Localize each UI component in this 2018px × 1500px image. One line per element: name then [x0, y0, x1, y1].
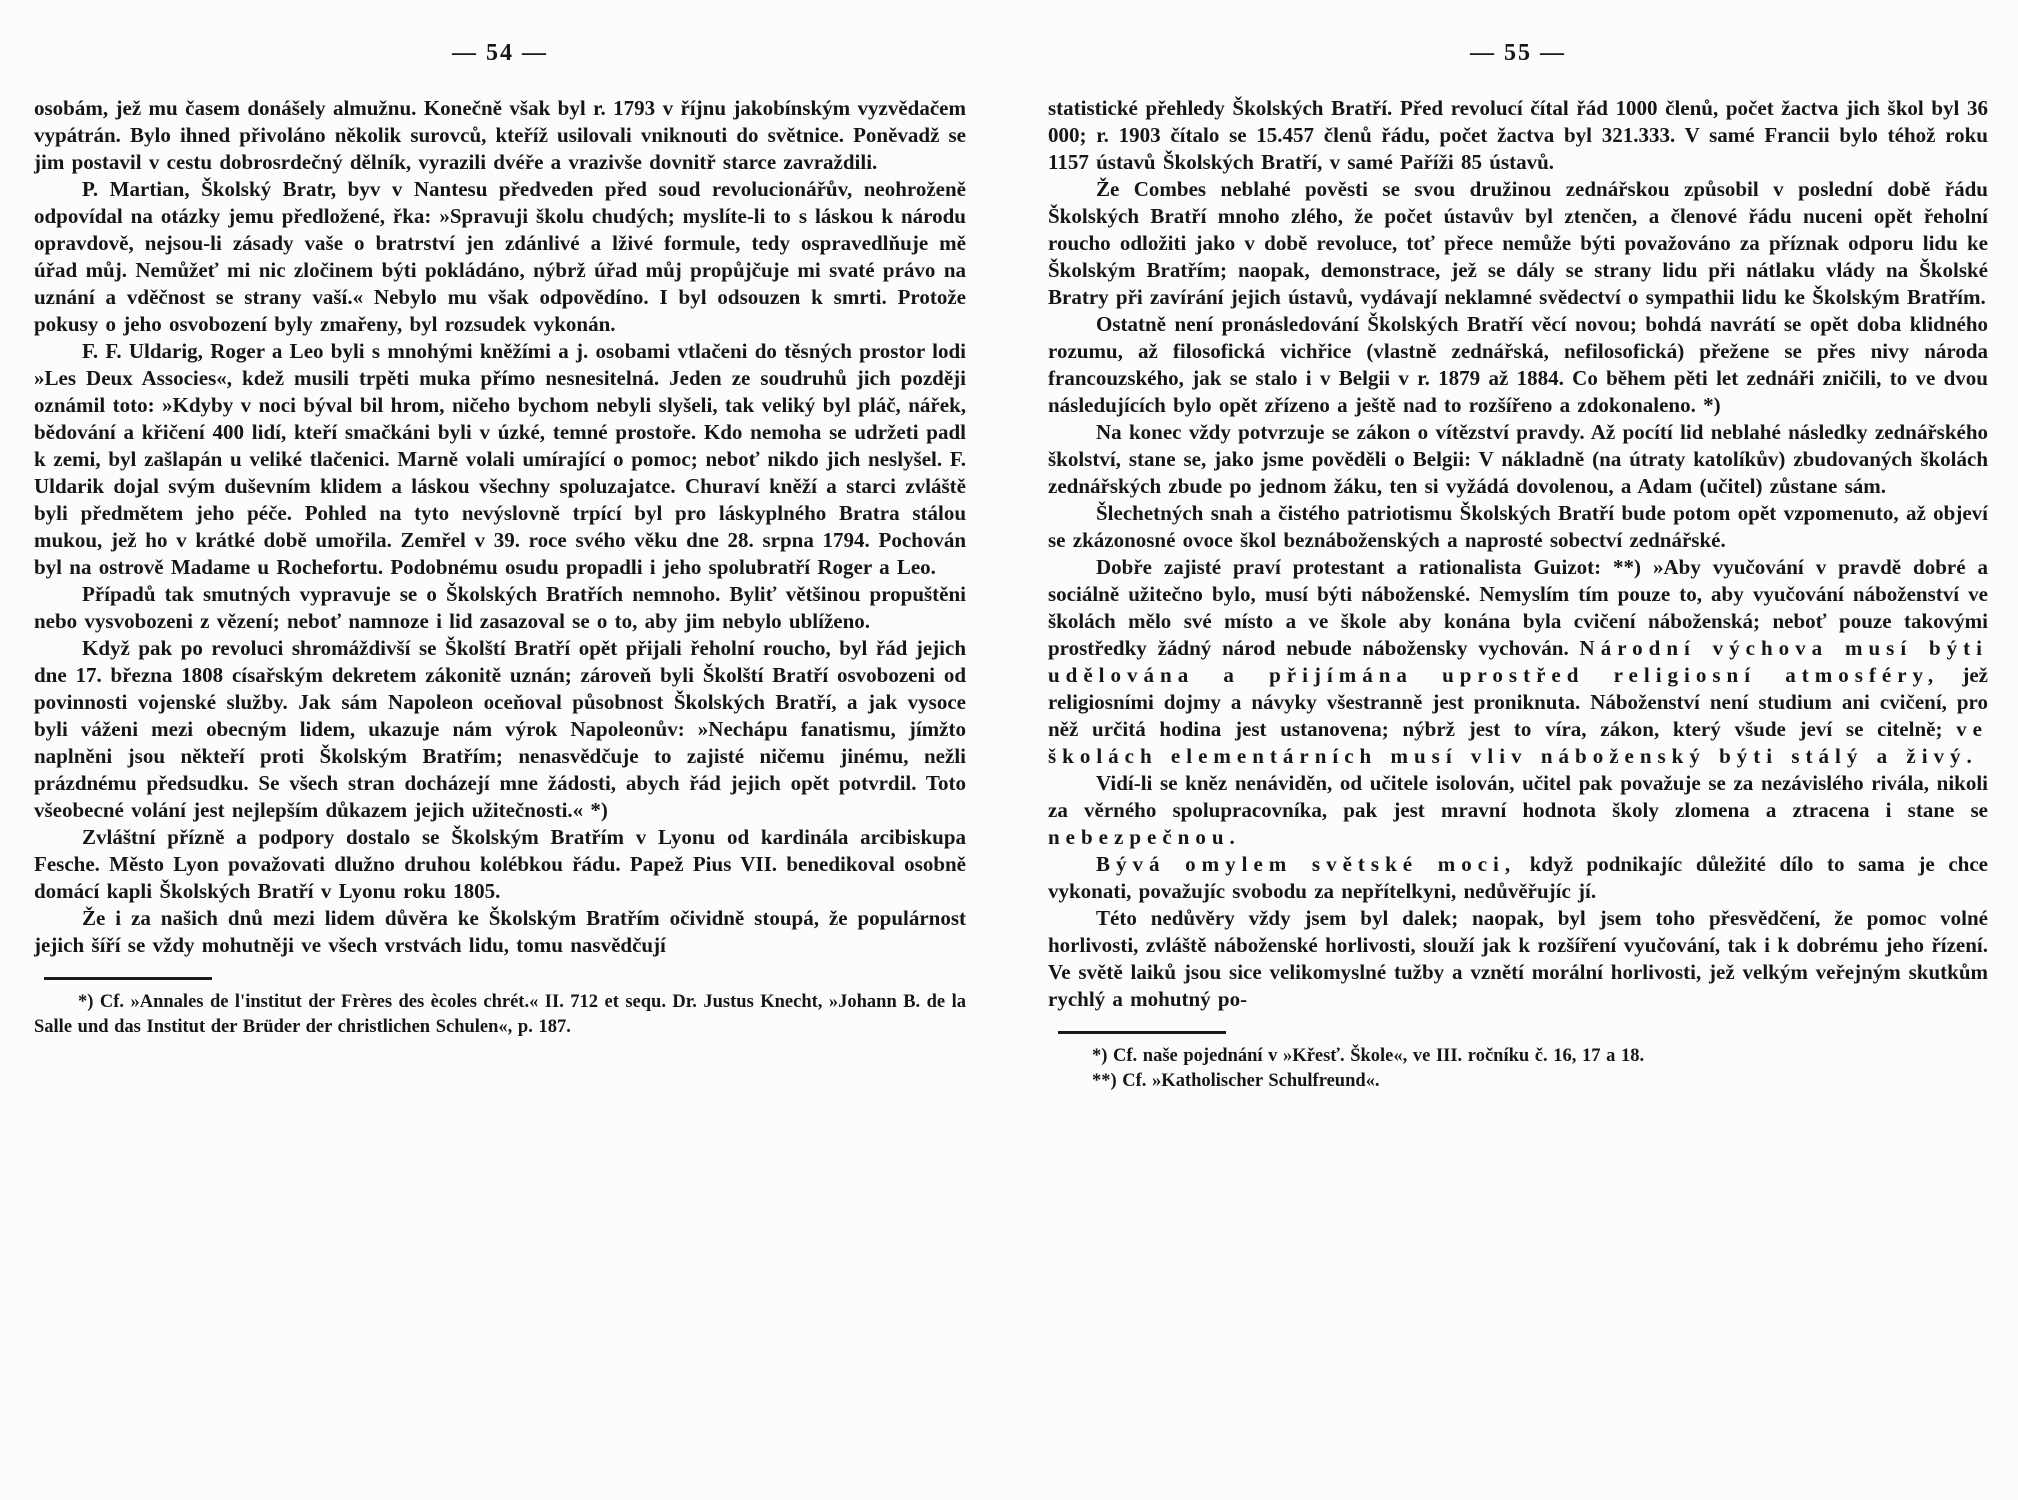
- footnote: **) Cf. »Katholischer Schulfreund«.: [1048, 1069, 1988, 1094]
- text-run: statistické přehledy Školských Bratří. P…: [1048, 96, 1988, 174]
- page-header-55: — 55 —: [1048, 40, 1988, 67]
- paragraph: Že i za našich dnů mezi lidem důvěra ke …: [34, 905, 966, 959]
- page-body-55: statistické přehledy Školských Bratří. P…: [1048, 95, 1988, 1013]
- paragraph: Bývá omylem světské moci, když podnikají…: [1048, 851, 1988, 905]
- paragraph: Zvláštní přízně a podpory dostalo se Ško…: [34, 824, 966, 905]
- paragraph: Případů tak smutných vypravuje se o Škol…: [34, 581, 966, 635]
- text-run: Případů tak smutných vypravuje se o Škol…: [34, 582, 966, 633]
- footnote: *) Cf. »Annales de l'institut der Frères…: [34, 990, 966, 1040]
- paragraph: Šlechetných snah a čistého patriotismu Š…: [1048, 500, 1988, 554]
- footnote: *) Cf. naše pojednání v »Křesť. Škole«, …: [1048, 1044, 1988, 1069]
- page-number-54: — 54 —: [452, 40, 548, 66]
- text-run: P. Martian, Školský Bratr, byv v Nantesu…: [34, 177, 966, 336]
- text-run: *) Cf. naše pojednání v »Křesť. Škole«, …: [1092, 1046, 1644, 1066]
- paragraph: P. Martian, Školský Bratr, byv v Nantesu…: [34, 176, 966, 338]
- paragraph: osobám, jež mu časem donášely almužnu. K…: [34, 95, 966, 176]
- paragraph: Když pak po revoluci shromáždivší se Ško…: [34, 635, 966, 824]
- page-header-54: — 54 —: [34, 40, 966, 67]
- text-run: Na konec vždy potvrzuje se zákon o vítěz…: [1048, 420, 1988, 498]
- footnote-rule-55: [1058, 1031, 1226, 1034]
- paragraph: Ostatně není pronásledování Školských Br…: [1048, 311, 1988, 419]
- paragraph: Na konec vždy potvrzuje se zákon o vítěz…: [1048, 419, 1988, 500]
- text-run: Že Combes neblahé pověsti se svou družin…: [1048, 177, 1988, 309]
- page-number-55: — 55 —: [1470, 40, 1566, 66]
- paragraph: statistické přehledy Školských Bratří. P…: [1048, 95, 1988, 176]
- footnote-rule-54: [44, 977, 212, 980]
- paragraph: Že Combes neblahé pověsti se svou družin…: [1048, 176, 1988, 311]
- book-spread: — 54 — osobám, jež mu časem donášely alm…: [0, 0, 2018, 1500]
- text-run: Když pak po revoluci shromáždivší se Ško…: [34, 636, 966, 822]
- page-body-54: osobám, jež mu časem donášely almužnu. K…: [34, 95, 966, 959]
- paragraph: Této nedůvěry vždy jsem byl dalek; naopa…: [1048, 905, 1988, 1013]
- page-54: — 54 — osobám, jež mu časem donášely alm…: [34, 40, 966, 1040]
- paragraph: Vidí-li se kněz nenáviděn, od učitele is…: [1048, 770, 1988, 851]
- text-run: Této nedůvěry vždy jsem byl dalek; naopa…: [1048, 906, 1988, 1011]
- letterspaced-emphasis: nebezpečnou.: [1048, 825, 1241, 849]
- text-run: Šlechetných snah a čistého patriotismu Š…: [1048, 501, 1988, 552]
- paragraph: F. F. Uldarig, Roger a Leo byli s mnohým…: [34, 338, 966, 581]
- text-run: **) Cf. »Katholischer Schulfreund«.: [1092, 1071, 1380, 1091]
- text-run: Vidí-li se kněz nenáviděn, od učitele is…: [1048, 771, 1988, 822]
- footnotes-54: *) Cf. »Annales de l'institut der Frères…: [34, 990, 966, 1040]
- text-run: osobám, jež mu časem donášely almužnu. K…: [34, 96, 966, 174]
- text-run: Že i za našich dnů mezi lidem důvěra ke …: [34, 906, 966, 957]
- letterspaced-emphasis: Bývá omylem světské moci,: [1096, 852, 1516, 876]
- footnotes-55: *) Cf. naše pojednání v »Křesť. Škole«, …: [1048, 1044, 1988, 1094]
- paragraph: Dobře zajisté praví protestant a rationa…: [1048, 554, 1988, 770]
- text-run: *) Cf. »Annales de l'institut der Frères…: [34, 992, 966, 1037]
- text-run: Zvláštní přízně a podpory dostalo se Ško…: [34, 825, 966, 903]
- text-run: Ostatně není pronásledování Školských Br…: [1048, 312, 1988, 417]
- text-run: F. F. Uldarig, Roger a Leo byli s mnohým…: [34, 339, 966, 579]
- page-55: — 55 — statistické přehledy Školských Br…: [1048, 40, 1988, 1094]
